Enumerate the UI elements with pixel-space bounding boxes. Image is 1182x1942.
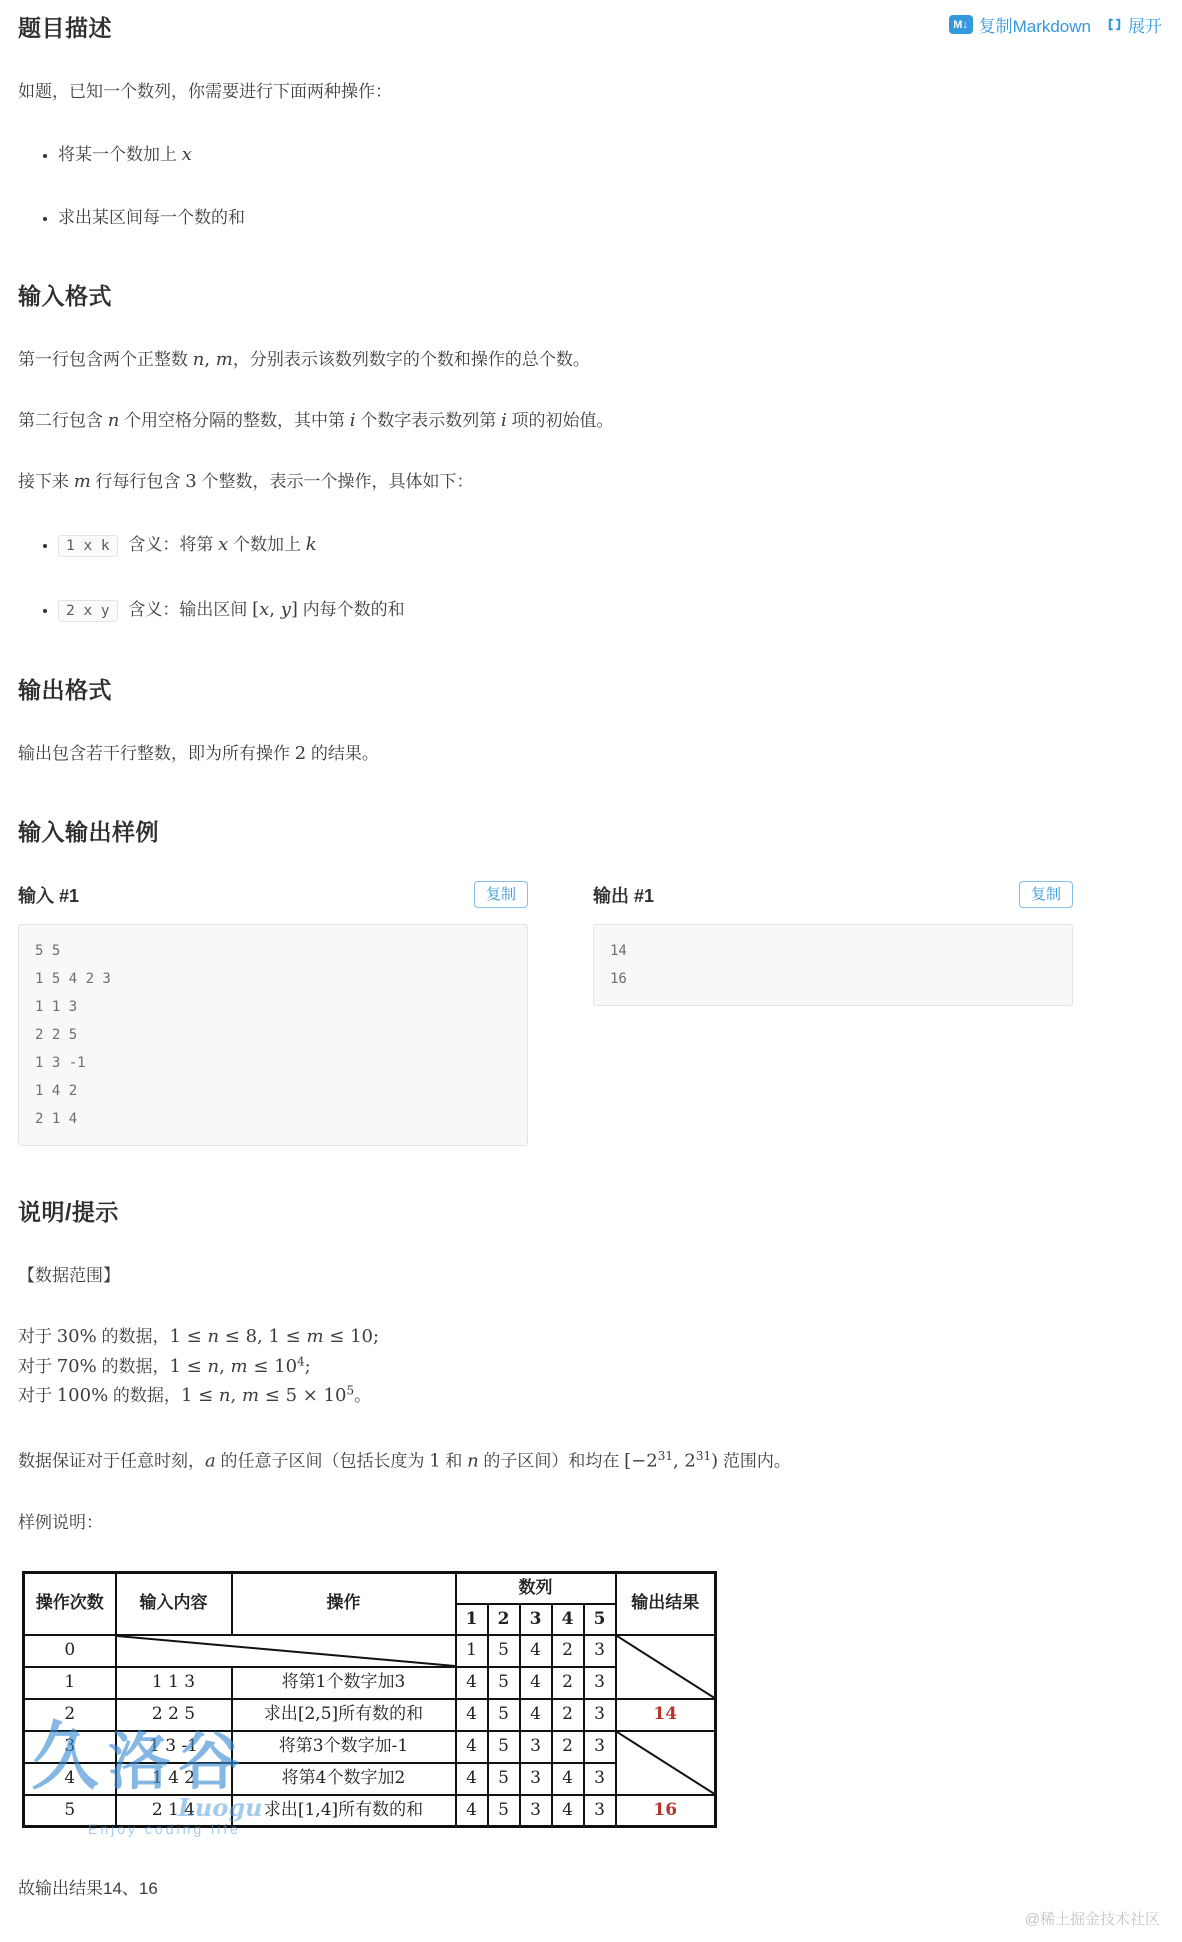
expand-label: 展开 [1128,12,1162,37]
problem-page: 题目描述 M↓ 复制Markdown 展开 如题，已知一个数列，你需要进行下面两… [0,0,1182,1899]
empty-result-cell [616,1731,716,1795]
empty-result-cell [616,1635,716,1699]
sample-output-label: 输出 #1 [593,882,654,908]
result-value: 16 [616,1795,716,1827]
seq-col-3: 3 [520,1604,552,1635]
juejin-watermark: @稀土掘金技术社区 [1025,1908,1160,1929]
data-range-line-100: 对于 100% 的数据，1 ≤ n, m ≤ 5 × 105。 [18,1386,371,1405]
data-range-line-70: 对于 70% 的数据，1 ≤ n, m ≤ 104; [18,1357,311,1376]
table-row: 4 1 4 2 将第4个数字加2 4 5 3 4 3 [24,1763,716,1795]
result-value: 14 [616,1699,716,1731]
sample-input-code: 5 5 1 5 4 2 3 1 1 3 2 2 5 1 3 -1 1 4 2 2… [18,924,528,1146]
header-actions: M↓ 复制Markdown 展开 [949,12,1162,37]
section-title-samples: 输入输出样例 [18,814,1162,847]
output-format-line: 输出包含若干行整数，即为所有操作 2 的结果。 [18,741,1162,766]
conclusion-text: 故输出结果14、16 [18,1874,1162,1899]
sample-output-header: 输出 #1 复制 [593,881,1073,908]
sample-output-column: 输出 #1 复制 14 16 [593,881,1073,1146]
col-header-op: 操作 [232,1572,456,1635]
data-guarantee-line: 数据保证对于任意时刻，a 的任意子区间（包括长度为 1 和 n 的子区间）和均在… [18,1444,1162,1474]
operation-code-item-2: 2 x y 含义：输出区间 [x, y] 内每个数的和 [58,597,1162,624]
table-row: 2 2 2 5 求出[2,5]所有数的和 4 5 4 2 3 14 [24,1699,716,1731]
seq-col-5: 5 [584,1604,616,1635]
col-header-op-index: 操作次数 [24,1572,116,1635]
sample-note-label: 样例说明： [18,1510,1162,1535]
section-title-description: 题目描述 [18,10,112,43]
expand-button[interactable]: 展开 [1107,12,1162,37]
problem-intro: 如题，已知一个数列，你需要进行下面两种操作： [18,79,1162,104]
empty-diagonal-cell [116,1635,456,1667]
table-row: 1 1 1 3 将第1个数字加3 4 5 4 2 3 [24,1667,716,1699]
copy-input-button[interactable]: 复制 [474,881,528,908]
description-header: 题目描述 M↓ 复制Markdown 展开 [18,10,1162,43]
operation-item-add: 将某一个数加上 x [58,142,1162,167]
input-format-line-3: 接下来 m 行每行包含 3 个整数，表示一个操作，具体如下： [18,469,1162,494]
sample-input-column: 输入 #1 复制 5 5 1 5 4 2 3 1 1 3 2 2 5 1 3 -… [18,881,528,1146]
col-header-sequence: 数列 [456,1572,616,1604]
section-title-input-format: 输入格式 [18,278,1162,311]
seq-col-2: 2 [488,1604,520,1635]
operation-item-sum: 求出某区间每一个数的和 [58,205,1162,230]
sample-output-code: 14 16 [593,924,1073,1006]
table-row: 3 1 3 -1 将第3个数字加-1 4 5 3 2 3 [24,1731,716,1763]
data-range-heading: 【数据范围】 [18,1263,1162,1288]
copy-output-button[interactable]: 复制 [1019,881,1073,908]
section-title-hints: 说明/提示 [18,1194,1162,1227]
table-row: 5 2 1 4 求出[1,4]所有数的和 4 5 3 4 3 16 [24,1795,716,1827]
seq-col-1: 1 [456,1604,488,1635]
sample-input-label: 输入 #1 [18,882,79,908]
operation-list: 将某一个数加上 x 求出某区间每一个数的和 [18,142,1162,230]
input-format-line-2: 第二行包含 n 个用空格分隔的整数，其中第 i 个数字表示数列第 i 项的初始值… [18,408,1162,433]
copy-markdown-button[interactable]: M↓ 复制Markdown [949,12,1091,37]
operation-code-list: 1 x k 含义：将第 x 个数加上 k 2 x y 含义：输出区间 [x, y… [18,532,1162,624]
seq-col-4: 4 [552,1604,584,1635]
col-header-input: 输入内容 [116,1572,232,1635]
col-header-result: 输出结果 [616,1572,716,1635]
data-range-lines: 对于 30% 的数据，1 ≤ n ≤ 8, 1 ≤ m ≤ 10; 对于 70%… [18,1324,1162,1408]
markdown-icon: M↓ [949,15,973,34]
samples-grid: 输入 #1 复制 5 5 1 5 4 2 3 1 1 3 2 2 5 1 3 -… [18,881,1162,1146]
sample-explanation-table: 操作次数 输入内容 操作 数列 输出结果 1 2 3 4 5 0 1 5 4 [22,1571,714,1829]
section-title-output-format: 输出格式 [18,672,1162,705]
data-range-line-30: 对于 30% 的数据，1 ≤ n ≤ 8, 1 ≤ m ≤ 10; [18,1327,379,1346]
table-row: 0 1 5 4 2 3 [24,1635,716,1667]
input-format-line-1: 第一行包含两个正整数 n, m，分别表示该数列数字的个数和操作的总个数。 [18,347,1162,372]
copy-markdown-label: 复制Markdown [979,12,1091,37]
operation-code-item-1: 1 x k 含义：将第 x 个数加上 k [58,532,1162,559]
sample-input-header: 输入 #1 复制 [18,881,528,908]
expand-icon [1107,17,1122,32]
